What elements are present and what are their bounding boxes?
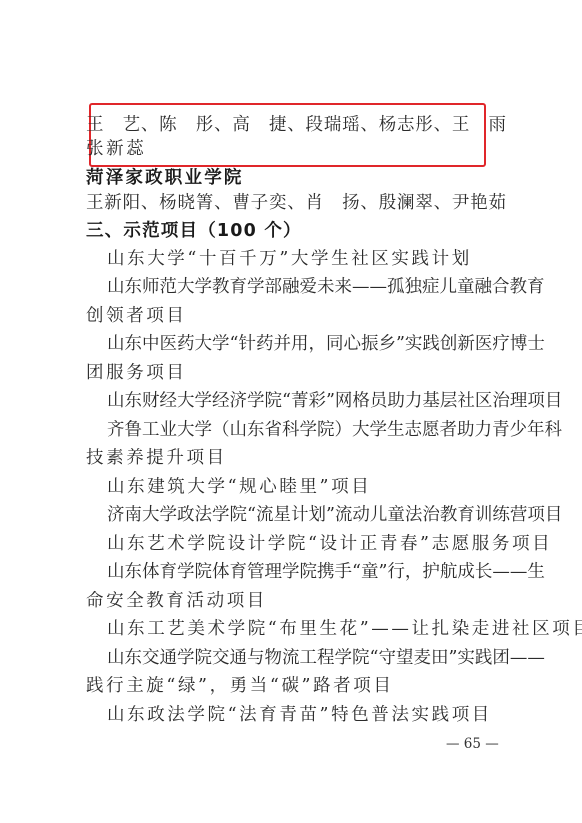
project-item: 山东建筑大学“规心睦里”项目: [107, 473, 506, 501]
project-item-continuation: 技素养提升项目: [86, 444, 506, 472]
page-number: — 65 —: [446, 733, 526, 755]
project-item: 济南大学政法学院“流星计划”流动儿童法治教育训练营项目: [107, 501, 506, 529]
project-item: 山东财经大学经济学院“菁彩”网格员助力基层社区治理项目: [107, 387, 506, 415]
project-item: 齐鲁工业大学（山东省科学院）大学生志愿者助力青少年科: [107, 416, 506, 444]
project-item-continuation: 创领者项目: [86, 302, 506, 330]
college-heading: 菏泽家政职业学院: [86, 164, 506, 192]
document-page: 王 艺、陈 彤、高 捷、段瑞瑶、杨志彤、王 雨 张新蕊 菏泽家政职业学院 王新阳…: [0, 0, 582, 823]
name-list-line: 王新阳、杨晓箐、曹子奕、肖 扬、殷澜翠、尹艳茹: [86, 189, 506, 217]
project-item-continuation: 践行主旋“绿”，勇当“碳”路者项目: [86, 672, 506, 700]
project-item-continuation: 命安全教育活动项目: [86, 587, 506, 615]
project-item: 山东体育学院体育管理学院携手“童”行，护航成长——生: [107, 558, 506, 586]
project-item: 山东工艺美术学院“布里生花”——让扎染走进社区项目: [107, 615, 506, 643]
project-item: 山东大学“十百千万”大学生社区实践计划: [107, 245, 506, 273]
section-heading: 三、示范项目（100 个）: [86, 217, 506, 245]
project-item: 山东中医药大学“针药并用，同心振乡”实践创新医疗博士: [107, 330, 506, 358]
project-item: 山东交通学院交通与物流工程学院“守望麦田”实践团——: [107, 644, 506, 672]
name-list-line: 张新蕊: [86, 135, 506, 163]
project-item-continuation: 团服务项目: [86, 359, 506, 387]
project-item: 山东政法学院“法育青苗”特色普法实践项目: [107, 701, 506, 729]
project-item: 山东师范大学教育学部融爱未来——孤独症儿童融合教育: [107, 273, 506, 301]
project-item: 山东艺术学院设计学院“设计正青春”志愿服务项目: [107, 530, 506, 558]
